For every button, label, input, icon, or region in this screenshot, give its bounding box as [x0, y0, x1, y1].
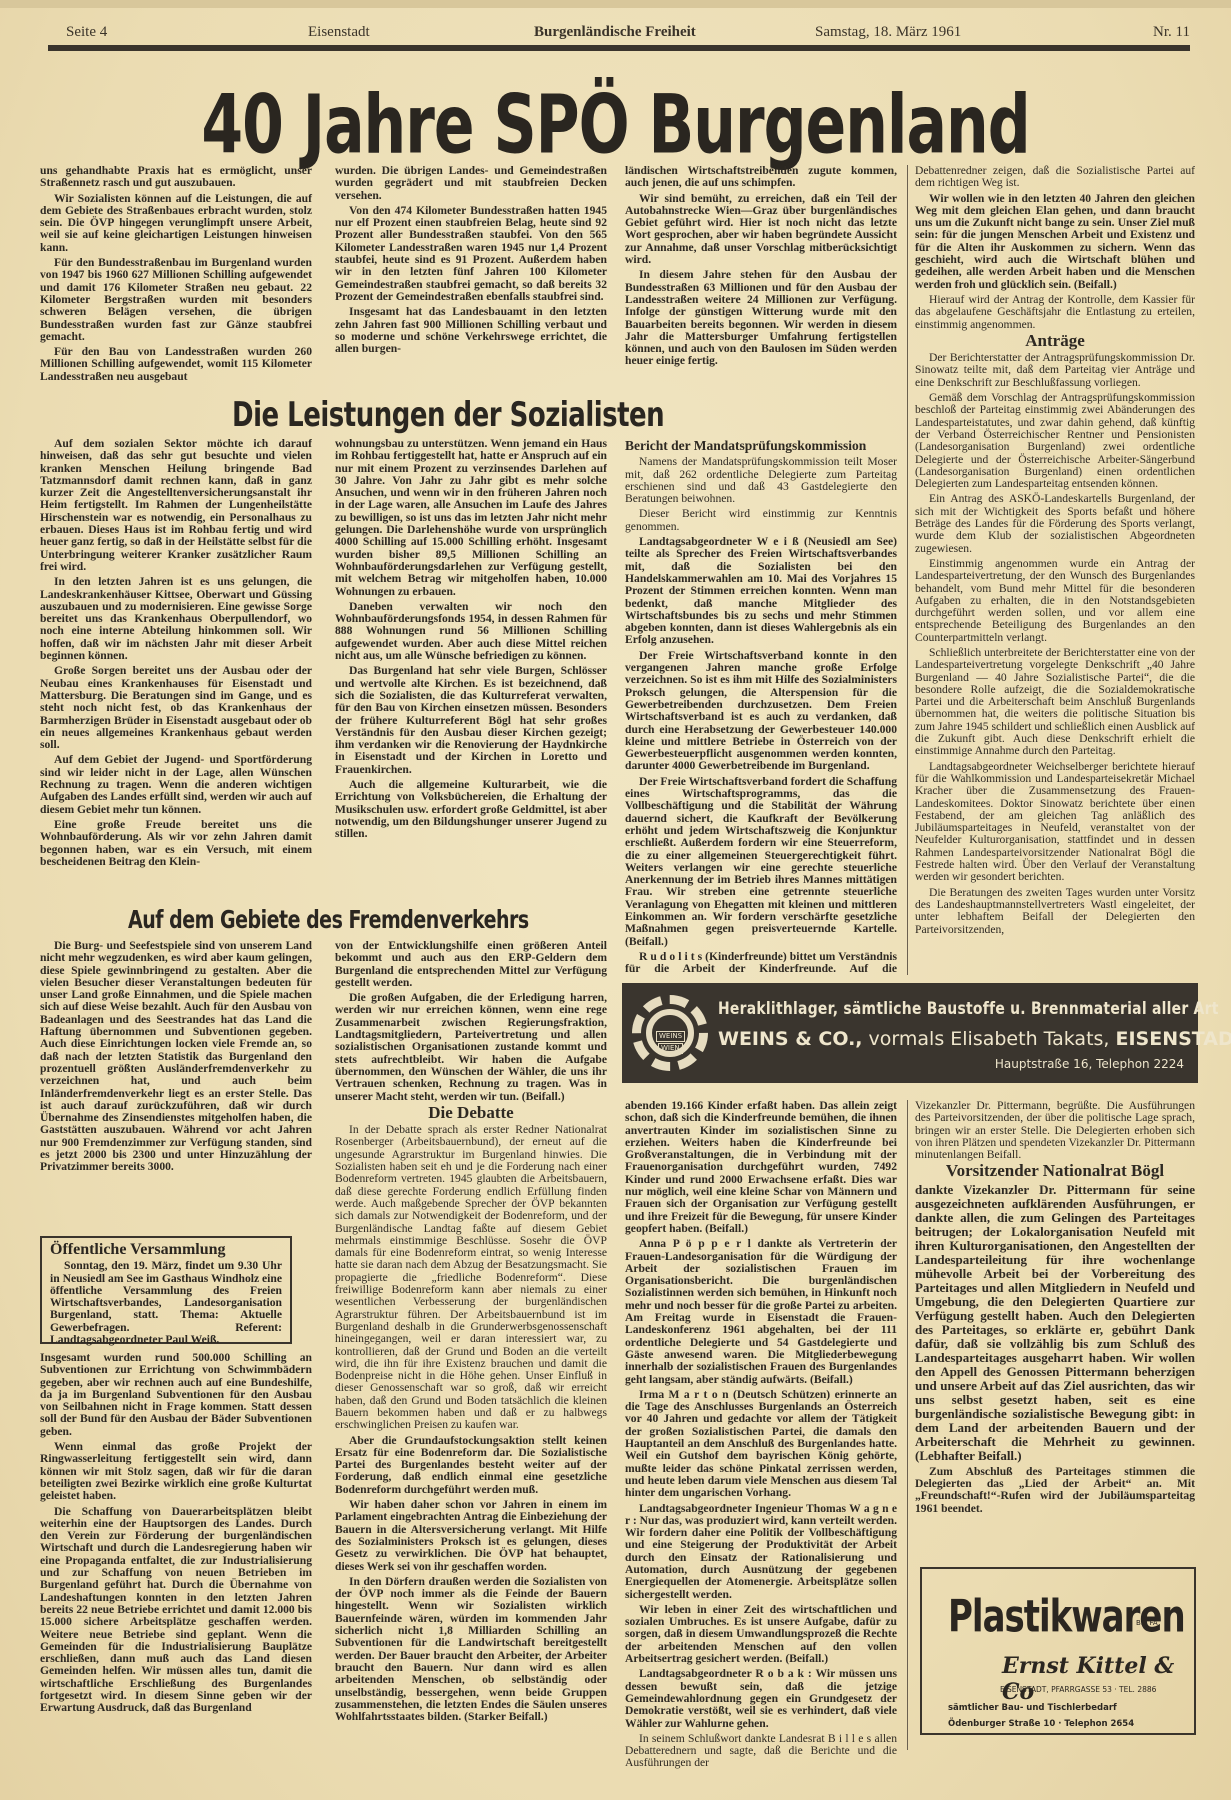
paragraph: wurden. Die übrigen Landes- und Gemeinde… — [335, 165, 607, 202]
paragraph: Eine große Freude bereitet uns die Wohnb… — [40, 819, 312, 868]
paragraph: Insgesamt hat das Landesbauamt in den le… — [335, 306, 607, 355]
section-heading-mandat: Bericht der Mandatsprüfungskommission — [625, 440, 897, 452]
paragraph: Wenn einmal das große Projekt der Ringwa… — [40, 1441, 312, 1502]
paragraph: In den Dörfern draußen werden die Sozial… — [335, 1576, 607, 1724]
paragraph: wohnungsbau zu unterstützen. Wenn jemand… — [335, 438, 607, 598]
paragraph: In diesem Jahre stehen für den Ausbau de… — [625, 269, 897, 367]
paragraph: Irma M a r t o n (Deutsch Schützen) erin… — [625, 1389, 897, 1500]
advertisement-weins: WEINS WIEN Heraklithlager, sämtliche Bau… — [622, 983, 1198, 1083]
paragraph: Von den 474 Kilometer Bundesstraßen hatt… — [335, 205, 607, 303]
paragraph: abenden 19.166 Kinder erfaßt haben. Das … — [625, 1100, 897, 1235]
ad-company-line: WEINS & CO., vormals Elisabeth Takats, E… — [718, 1028, 1231, 1050]
paragraph: ländischen Wirtschaftstreibenden zugute … — [625, 165, 897, 190]
leistungen-column-2: wohnungsbau zu unterstützen. Wenn jemand… — [335, 438, 607, 878]
ad-formerly: vormals Elisabeth Takats, — [863, 1028, 1116, 1050]
paragraph: Die Beratungen des zweiten Tages wurden … — [915, 887, 1195, 936]
paragraph: Landtagsabgeordneter R o b a k : Wir müs… — [625, 1668, 897, 1729]
ad-company: Ernst Kittel & Co — [1002, 1653, 1194, 1705]
paragraph: dankte Vizekanzler Dr. Pittermann für se… — [915, 1183, 1195, 1463]
newspaper-page: Seite 4 Eisenstadt Burgenländische Freih… — [0, 0, 1231, 1800]
notice-title: Öffentliche Versammlung — [50, 1244, 282, 1256]
ad-address: EISENSTADT, PFARRGASSE 53 · TEL. 2886 — [1000, 1685, 1156, 1694]
paragraph: Namens der Mandatsprüfungskommission tei… — [625, 456, 897, 505]
paragraph: Debattenredner zeigen, daß die Sozialist… — [915, 165, 1195, 190]
paragraph: Ein Antrag des ASKÖ-Landeskartells Burge… — [915, 493, 1195, 554]
paragraph: Dieser Bericht wird einstimmig zur Kennt… — [625, 508, 897, 533]
paragraph: Schließlich unterbreitete der Berichters… — [915, 647, 1195, 758]
page-edge — [0, 0, 1231, 8]
logo-text-bottom: WIEN — [658, 1043, 683, 1054]
logo-text-top: WEINS — [656, 1031, 685, 1042]
ad-products: sämtlicher Bau- und Tischlerbedarf — [948, 1703, 1117, 1713]
right-column: Debattenredner zeigen, daß die Sozialist… — [915, 165, 1195, 985]
paragraph: Landtagsabgeordneter Ingenieur Thomas W … — [625, 1503, 897, 1601]
paragraph: Der Berichterstatter der Antragsprüfungs… — [915, 352, 1195, 389]
paragraph: Landtagsabgeordneter Weichselberger beri… — [915, 761, 1195, 884]
paragraph: In den letzten Jahren ist es uns gelunge… — [40, 576, 312, 662]
paragraph: Aber die Grundaufstockungsaktion stellt … — [335, 1435, 607, 1496]
advertisement-kittel: Plastikwaren BEI FA Ernst Kittel & Co EI… — [920, 1567, 1196, 1735]
top-column-3: ländischen Wirtschaftstreibenden zugute … — [625, 165, 897, 371]
paragraph: Der Freie Wirtschaftsverband fordert die… — [625, 776, 897, 948]
section-heading-antraege: Anträge — [915, 335, 1195, 347]
paragraph: Wir wollen wie in den letzten 40 Jahren … — [915, 193, 1195, 291]
issue-number: Nr. 11 — [1153, 24, 1190, 41]
paragraph: In der Debatte sprach als erster Redner … — [335, 1124, 607, 1431]
main-headline: 40 Jahre SPÖ Burgenland — [0, 78, 1231, 173]
paragraph: Die Schaffung von Dauerarbeitsplätzen bl… — [40, 1506, 312, 1715]
column-divider — [907, 1100, 908, 1750]
ad-bei: BEI FA — [1136, 1619, 1158, 1627]
paragraph: Zum Abschluß des Parteitages stimmen die… — [915, 1466, 1195, 1515]
page-number: Seite 4 — [66, 24, 107, 41]
header-city: Eisenstadt — [308, 24, 370, 41]
fremdenverkehr-column-2: von der Entwicklungshilfe einen größeren… — [335, 940, 607, 1780]
section-heading-boegl: Vorsitzender Nationalrat Bögl — [915, 1165, 1195, 1177]
top-column-2: wurden. Die übrigen Landes- und Gemeinde… — [335, 165, 607, 358]
section-heading-debatte: Die Debatte — [335, 1107, 607, 1119]
fremdenverkehr-column-1b: Insgesamt wurden rund 500.000 Schilling … — [40, 1352, 312, 1762]
issue-date: Samstag, 18. März 1961 — [815, 24, 961, 41]
paragraph: Für den Bundesstraßenbau im Burgenland w… — [40, 257, 312, 343]
leistungen-column-1: Auf dem sozialen Sektor möchte ich darau… — [40, 438, 312, 878]
paragraph: Landtagsabgeordneter W e i ß (Neusiedl a… — [625, 536, 897, 647]
top-column-1: uns gehandhabte Praxis hat es ermöglicht… — [40, 165, 312, 386]
paragraph: Große Sorgen bereitet uns der Ausbau ode… — [40, 665, 312, 751]
ad-tagline: Heraklithlager, sämtliche Baustoffe u. B… — [718, 999, 1219, 1019]
paragraph: Wir Sozialisten können auf die Leistunge… — [40, 193, 312, 254]
paragraph: Insgesamt wurden rund 500.000 Schilling … — [40, 1352, 312, 1438]
paragraph: von der Entwicklungshilfe einen größeren… — [335, 940, 607, 989]
ad-company: WEINS & CO., — [718, 1028, 863, 1050]
ad-title: Plastikwaren — [948, 1591, 1185, 1643]
paragraph: In seinem Schlußwort dankte Landesrat B … — [625, 1733, 897, 1770]
column-divider — [907, 165, 908, 975]
paragraph: Auch die allgemeine Kulturarbeit, wie di… — [335, 779, 607, 840]
paragraph: Hierauf wird der Antrag der Kontrolle, d… — [915, 294, 1195, 331]
ad-address: Hauptstraße 16, Telephon 2224 — [995, 1057, 1184, 1071]
paragraph: Einstimmig angenommen wurde ein Antrag d… — [915, 558, 1195, 644]
paragraph: Das Burgenland hat sehr viele Burgen, Sc… — [335, 665, 607, 776]
ad-address-2: Ödenburger Straße 10 · Telephon 2654 — [948, 1719, 1134, 1729]
page-header: Seite 4 Eisenstadt Burgenländische Freih… — [40, 24, 1190, 44]
right-column-lower: Vizekanzler Dr. Pittermann, begrüßte. Di… — [915, 1100, 1195, 1560]
ad-town: EISENSTADT — [1116, 1028, 1231, 1050]
paragraph: Gemäß dem Vorschlag der Antragsprüfungsk… — [915, 392, 1195, 490]
paragraph: Anna P ö p p e r l dankte als Vertreteri… — [625, 1238, 897, 1386]
paragraph: Wir sind bemüht, zu erreichen, daß ein T… — [625, 193, 897, 267]
paragraph: uns gehandhabte Praxis hat es ermöglicht… — [40, 165, 312, 190]
paragraph: Vizekanzler Dr. Pittermann, begrüßte. Di… — [915, 1100, 1195, 1161]
header-rule — [48, 45, 1190, 51]
paragraph: Auf dem Gebiet der Jugend- und Sportförd… — [40, 754, 312, 815]
paragraph: Daneben verwalten wir noch den Wohnbaufö… — [335, 601, 607, 662]
paragraph: Für den Bau von Landesstraßen wurden 260… — [40, 346, 312, 383]
paragraph: Der Freie Wirtschaftsverband konnte in d… — [625, 650, 897, 773]
fremdenverkehr-column-1: Die Burg- und Seefestspiele sind von uns… — [40, 940, 312, 1230]
notice-text: Sonntag, den 19. März, findet um 9.30 Uh… — [50, 1260, 282, 1346]
section-heading-leistungen: Die Leistungen der Sozialisten — [232, 396, 664, 435]
paragraph: R u d o l i t s (Kinderfreunde) bittet u… — [625, 951, 897, 975]
paragraph: Wir leben in einer Zeit des wirtschaftli… — [625, 1604, 897, 1665]
paragraph: Die großen Aufgaben, die der Erledigung … — [335, 992, 607, 1103]
notice-box: Öffentliche Versammlung Sonntag, den 19.… — [40, 1236, 292, 1344]
section-heading-fremdenverkehr: Auf dem Gebiete des Fremdenverkehrs — [128, 906, 529, 935]
paragraph: Wir haben daher schon vor Jahren in eine… — [335, 1499, 607, 1573]
mandat-continued-column: abenden 19.166 Kinder erfaßt haben. Das … — [625, 1100, 897, 1780]
paragraph: Auf dem sozialen Sektor möchte ich darau… — [40, 438, 312, 573]
newspaper-name: Burgenländische Freiheit — [534, 24, 696, 41]
paragraph: Die Burg- und Seefestspiele sind von uns… — [40, 940, 312, 1174]
mandat-column: Bericht der Mandatsprüfungskommission Na… — [625, 440, 897, 975]
